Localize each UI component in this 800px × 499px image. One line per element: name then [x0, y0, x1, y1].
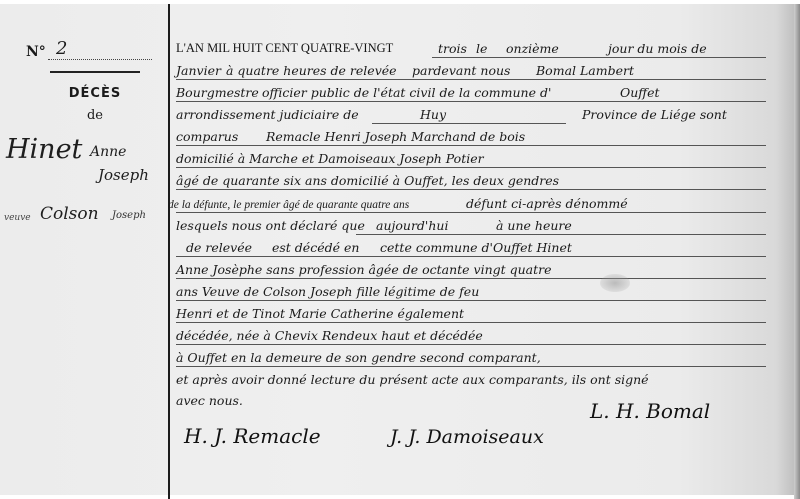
act-line-15: à Ouffet en la demeure de son gendre sec… [176, 347, 766, 369]
printed-before-us: pardevant nous [412, 63, 510, 78]
deceased-details-3: Henri et de Tinot Marie Catherine égalem… [176, 306, 464, 321]
printed-province: Province de Liége sont [582, 107, 727, 122]
officer-title: Bourgmestre [176, 85, 259, 100]
printed-deceased-in: est décédé en [272, 240, 359, 255]
printed-defunt: défunt ci-après dénommé [466, 196, 628, 211]
spouse-given: Joseph [112, 210, 146, 221]
record-number-label: N° [26, 44, 46, 60]
month-value: Janvier [176, 63, 221, 78]
death-day: aujourd'hui [376, 218, 448, 233]
act-line-4: arrondissement judiciaire de Huy Provinc… [176, 104, 766, 126]
printed-arrondissement: arrondissement judiciaire de [176, 107, 359, 122]
printed-day-label: jour du mois de [608, 41, 707, 56]
deceased-surname: Hinet [6, 134, 82, 165]
record-number-line [48, 59, 152, 60]
act-line-10: de relevée est décédé en cette commune d… [176, 237, 766, 259]
act-line-13: Henri et de Tinot Marie Catherine égalem… [176, 303, 766, 325]
witness-details-1: domicilié à Marche et Damoiseaux Joseph … [176, 151, 484, 166]
act-line-9: lesquels nous ont déclaré que aujourd'hu… [176, 215, 766, 237]
printed-officer-text: officier public de l'état civil de la co… [262, 85, 551, 100]
record-type-de: de [50, 108, 140, 123]
act-line-1: L'AN MIL HUIT CENT QUATRE-VINGT trois le… [176, 38, 766, 60]
margin-divider [168, 4, 170, 495]
deceased-details-4: décédée, née à Chevix Rendeux haut et dé… [176, 328, 483, 343]
act-line-16: et après avoir donné lecture du présent … [176, 369, 766, 391]
witness-details-3: de la défunte, le premier âgé de quarant… [168, 199, 409, 211]
time-value: à quatre heures de relevée [226, 63, 397, 78]
deceased-details-1: Anne Josèphe sans profession âgée de oct… [176, 262, 552, 277]
act-line-6: domicilié à Marche et Damoiseaux Joseph … [176, 148, 766, 170]
commune-value: Ouffet [620, 85, 660, 100]
witness-1: Remacle Henri Joseph Marchand de bois [266, 129, 525, 144]
officer-name: Bomal Lambert [536, 63, 634, 78]
death-hour: à une heure [496, 218, 572, 233]
printed-declared: lesquels nous ont déclaré que [176, 218, 365, 233]
arrondissement-value: Huy [420, 107, 446, 122]
record-number-value: 2 [56, 38, 67, 59]
day-value: onzième [506, 41, 559, 56]
act-line-8: de la défunte, le premier âgé de quarant… [176, 193, 766, 215]
printed-closing: et après avoir donné lecture du présent … [176, 372, 649, 387]
deceased-details-5: à Ouffet en la demeure de son gendre sec… [176, 350, 541, 365]
act-line-11: Anne Josèphe sans profession âgée de oct… [176, 259, 766, 281]
deceased-given-1: Anne [90, 144, 126, 160]
death-hour-2: de relevée [186, 240, 252, 255]
act-line-14: décédée, née à Chevix Rendeux haut et dé… [176, 325, 766, 347]
spouse-surname: Colson [40, 204, 99, 224]
act-line-2: Janvier à quatre heures de relevée parde… [176, 60, 766, 82]
act-line-12: ans Veuve de Colson Joseph fille légitim… [176, 281, 766, 303]
act-line-7: âgé de quarante six ans domicilié à Ouff… [176, 170, 766, 192]
year-value: trois [438, 41, 467, 56]
le-word: le [476, 41, 487, 56]
witness-details-2: âgé de quarante six ans domicilié à Ouff… [176, 173, 559, 188]
printed-year-prefix: L'AN MIL HUIT CENT QUATRE-VINGT [176, 41, 393, 56]
page-edge-shadow [794, 4, 800, 495]
signature-remacle: H. J. Remacle [184, 424, 321, 448]
act-line-3: Bourgmestre officier public de l'état ci… [176, 82, 766, 104]
record-type-heading: DÉCÈS [50, 86, 140, 101]
margin-rule [50, 71, 140, 73]
signature-bomal: L. H. Bomal [590, 399, 710, 423]
printed-avec-nous: avec nous. [176, 393, 243, 408]
deceased-details-2: ans Veuve de Colson Joseph fille légitim… [176, 284, 479, 299]
act-line-5: comparus Remacle Henri Joseph Marchand d… [176, 126, 766, 148]
ink-smudge [600, 274, 630, 292]
printed-comparus: comparus [176, 129, 238, 144]
civil-register-page: N° 2 DÉCÈS de Hinet Anne Joseph veuve Co… [0, 0, 800, 495]
death-place: cette commune d'Ouffet Hinet [380, 240, 572, 255]
signature-damoiseaux: J. J. Damoiseaux [390, 426, 544, 448]
spouse-prefix: veuve [4, 213, 31, 223]
deceased-given-2: Joseph [98, 166, 149, 184]
